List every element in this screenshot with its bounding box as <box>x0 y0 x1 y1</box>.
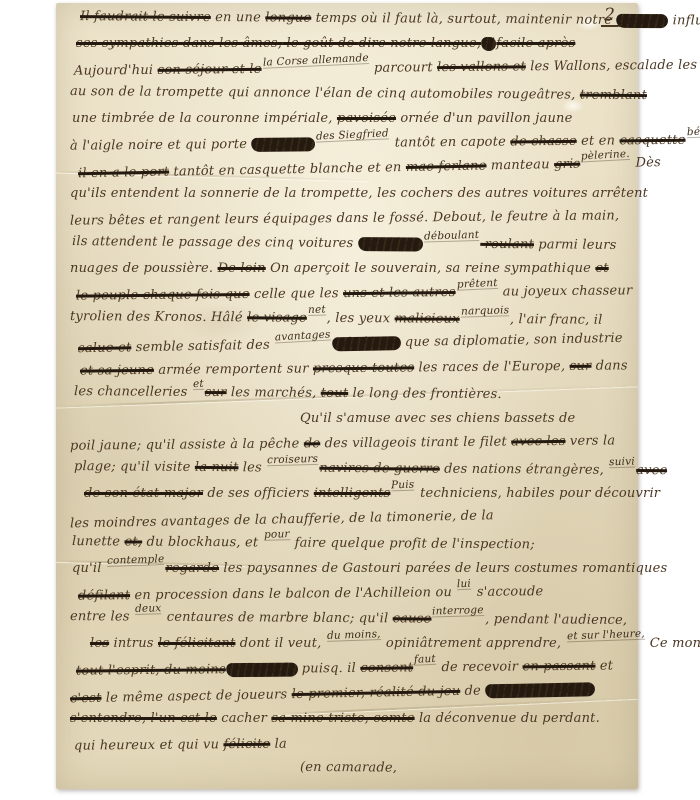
struck-word: le visage <box>247 310 307 325</box>
manuscript-page: 2 Il faudrait le suivre en une longue te… <box>56 3 638 789</box>
struck-word: malicieux <box>395 311 460 326</box>
struck-word: défilant <box>78 588 130 603</box>
struck-word: navires de guerre <box>319 461 440 477</box>
manuscript-word: Qu'il s'amuse avec ses chiens bassets de <box>300 411 575 426</box>
struck-word: dire notre langue, <box>359 36 481 51</box>
struck-word: il en a le port <box>78 165 169 182</box>
manuscript-word: des nations étrangères, <box>440 462 609 478</box>
inserted-word: croiseurs <box>267 454 318 466</box>
inserted-word: la Corse allemande <box>262 53 368 69</box>
manuscript-word: les <box>238 460 266 475</box>
manuscript-word: la déconvenue du perdant. <box>415 711 600 726</box>
manuscript-word: celle que les <box>250 286 344 302</box>
manuscript-word: tantôt en casquette blanche et en <box>169 160 406 180</box>
struck-word: sur <box>570 359 592 374</box>
struck-word: les vallons et <box>437 59 526 75</box>
manuscript-word: cacher <box>217 711 271 726</box>
struck-word: les <box>90 636 109 651</box>
struck-word: c'est <box>70 691 102 707</box>
obliterated-word: bénéfices <box>331 336 401 351</box>
struck-word: le félicitant <box>158 636 235 651</box>
manuscript-word: une timbrée de la couronne impériale, <box>72 111 337 126</box>
manuscript-lines: Il faudrait le suivre en une longue temp… <box>70 6 628 781</box>
inserted-word: lui <box>457 579 472 591</box>
manuscript-word: vers la <box>565 433 615 448</box>
manuscript-word: des villageois tirant le filet <box>320 434 511 451</box>
manuscript-line: une timbrée de la couronne impériale, pa… <box>72 106 628 131</box>
manuscript-word: tantôt en capote <box>390 134 510 150</box>
struck-word: la nuit <box>195 460 239 475</box>
obliterated-word: le Kaiser <box>251 137 317 152</box>
manuscript-word: ornée d'un pavillon jaune <box>396 111 572 126</box>
manuscript-word: les marchés, <box>227 385 321 401</box>
inserted-word: net <box>308 305 326 316</box>
struck-word: et <box>595 261 608 276</box>
struck-word: De loin <box>218 261 266 276</box>
manuscript-line: Il faudrait le suivre en une longue temp… <box>80 4 628 33</box>
manuscript-line: (en camarade, <box>300 755 628 782</box>
manuscript-word: tyrolien des Kronos. Hâlé <box>70 309 247 325</box>
manuscript-word: la <box>270 737 287 752</box>
inserted-word: du moins, <box>327 629 381 642</box>
manuscript-word: et en <box>577 133 620 148</box>
manuscript-word: qu'ils entendent la sonnerie de la tromp… <box>70 186 648 201</box>
struck-word: de <box>304 436 321 451</box>
struck-word: intelligents <box>314 486 391 501</box>
inserted-word: pèlerine. <box>581 149 631 163</box>
struck-word: pavoisée <box>337 111 396 126</box>
manuscript-word: en procession dans le balcon de l'Achill… <box>130 585 456 603</box>
manuscript-word: les chancelleries <box>74 384 192 400</box>
manuscript-word: en une <box>211 10 266 25</box>
manuscript-word: puisq. il <box>297 661 360 677</box>
inserted-word: suivi <box>609 457 635 469</box>
manuscript-word: les paysannes de Gastouri parées de leur… <box>219 561 667 576</box>
inserted-word: interroge <box>432 605 484 617</box>
struck-word: félicite <box>223 737 270 752</box>
manuscript-word: armée remportent sur <box>154 361 313 378</box>
obliterated-word: qui filent <box>357 237 424 251</box>
struck-word: le peuple chaque fois que <box>76 287 250 304</box>
manuscript-line: Qu'il s'amuse avec ses chiens bassets de <box>300 406 628 431</box>
manuscript-line: les chancelleries etsur les marchés, tou… <box>74 379 628 408</box>
struck-word: uns et les autres <box>343 285 456 301</box>
struck-word: casquette <box>619 133 685 149</box>
manuscript-word: ils attendent le passage des cinq voitur… <box>72 234 358 251</box>
manuscript-word: techniciens, habiles pour découvrir <box>416 486 660 501</box>
manuscript-word: lunette <box>72 534 125 549</box>
obliterated-word: si <box>480 37 497 51</box>
struck-word: avec <box>636 463 667 478</box>
inserted-word: Puis <box>391 480 415 492</box>
struck-word: de son état-major <box>84 486 203 501</box>
inserted-word: faut <box>414 654 436 666</box>
manuscript-word: leurs bêtes et rangent leurs équipages d… <box>70 208 619 228</box>
manuscript-word: Aujourd'hui <box>74 63 158 79</box>
manuscript-word: qu'il <box>72 561 106 576</box>
inserted-word: contemple <box>107 554 165 567</box>
manuscript-line: les intrus le félicitant dont il veut, d… <box>90 631 628 656</box>
inserted-word: avantages <box>275 329 331 343</box>
manuscript-word: (en camarade, <box>300 760 397 776</box>
inserted-word: déboulant <box>424 230 479 243</box>
struck-word: salue et <box>78 340 132 356</box>
struck-word: cause <box>393 611 432 626</box>
manuscript-word: parcourt <box>370 60 438 76</box>
inserted-word: béret <box>686 126 700 138</box>
struck-word: roulant <box>480 237 534 252</box>
struck-word: facile après <box>496 36 575 51</box>
manuscript-word: Dès <box>631 155 661 171</box>
manuscript-word: semble satisfait des <box>131 338 274 356</box>
struck-word: tout l'esprit, du moins <box>76 662 226 678</box>
struck-word: ses sympathies dans les âmes, <box>76 36 282 51</box>
manuscript-word: et <box>595 658 613 673</box>
inserted-word: narquois <box>461 305 509 317</box>
manuscript-word: dans <box>591 358 627 373</box>
struck-word: en passant <box>522 659 595 675</box>
struck-word: Il faudrait le suivre <box>80 9 211 25</box>
manuscript-word: le même aspect de joueurs <box>101 687 291 706</box>
manuscript-word: au joyeux chasseur <box>498 283 632 299</box>
manuscript-word: au son de la trompette qui annonce l'éla… <box>70 84 580 103</box>
manuscript-word: influence. <box>668 13 700 28</box>
manuscript-line: au son de la trompette qui annonce l'éla… <box>70 79 628 108</box>
obliterated-word: l'ennemi joueur <box>485 682 597 698</box>
struck-word: consent <box>360 660 413 676</box>
manuscript-line: ils attendent le passage des cinq voitur… <box>72 229 628 258</box>
manuscript-word: , pendant l'audience, <box>485 612 627 628</box>
struck-word: sur <box>205 385 227 400</box>
manuscript-line: nuages de poussière. De loin On aperçoit… <box>70 256 628 281</box>
manuscript-word: nuages de poussière. <box>70 261 218 276</box>
manuscript-line: plage; qu'il visite la nuit les croiseur… <box>74 454 628 483</box>
manuscript-word: faire quelque profit de l'inspection; <box>290 536 535 553</box>
struck-word: de chasse <box>510 134 577 150</box>
manuscript-word: centaures de marbre blanc; qu'il <box>162 610 392 627</box>
manuscript-word: que sa diplomatie, son industrie <box>400 331 622 350</box>
manuscript-word: dont il veut, <box>235 636 325 651</box>
struck-word: sa mine triste, comte <box>271 711 414 726</box>
manuscript-word: les races de l'Europe, <box>414 359 570 375</box>
struck-word: tout <box>321 386 349 401</box>
manuscript-word: le long des frontières. <box>348 386 502 402</box>
manuscript-word: , les yeux <box>327 311 395 326</box>
struck-word: son séjour et le <box>157 62 261 78</box>
manuscript-word: temps où il faut là, surtout, maintenir … <box>311 11 616 28</box>
inserted-word: prêtent <box>456 278 497 291</box>
manuscript-word: plage; qu'il visite <box>74 459 195 475</box>
manuscript-word: poil jaune; qu'il assiste à la pêche <box>70 436 304 453</box>
manuscript-word: entre les <box>70 609 134 624</box>
manuscript-word: à l'aigle noire et qui porte <box>70 137 252 154</box>
struck-word: avec les <box>511 434 565 450</box>
struck-word: tremblant <box>580 88 647 103</box>
struck-word: longue <box>265 10 311 25</box>
manuscript-word: s'accoude <box>472 584 543 600</box>
manuscript-word: Ce monsieur: <box>645 636 700 651</box>
struck-word: le premier, réalité du jeu <box>292 684 461 702</box>
struck-word: et sa jeune <box>80 363 154 379</box>
struck-word: presque toutes <box>313 360 414 376</box>
struck-word: et, <box>124 534 142 549</box>
obliterated-word: grande <box>615 14 669 28</box>
struck-word: gris <box>554 157 580 172</box>
manuscript-word: du blockhaus, et <box>142 535 263 551</box>
manuscript-word: de recevoir <box>437 659 523 675</box>
inserted-word: et <box>193 379 204 390</box>
manuscript-word: opiniâtrement apprendre, <box>382 636 566 651</box>
manuscript-line: qu'il contempleregarde les paysannes de … <box>72 556 628 581</box>
manuscript-word: On aperçoit le souverain, sa reine sympa… <box>266 261 596 276</box>
struck-word: le goût de <box>282 36 359 51</box>
inserted-word: et sur l'heure, <box>566 629 644 643</box>
struck-word: mac-ferlane <box>406 158 487 175</box>
manuscript-word: de <box>460 683 485 698</box>
struck-word: s'entendre, l'un est le <box>70 711 217 726</box>
manuscript-word: manteau <box>486 157 554 173</box>
obliterated-word: le miracle <box>225 663 298 678</box>
manuscript-word: de ses officiers <box>203 486 314 501</box>
inserted-word: des Siegfried <box>316 128 389 142</box>
inserted-word: pour <box>264 529 290 541</box>
manuscript-word: les Wallons, escalade les collines, <box>526 57 700 74</box>
struck-word: regarde <box>165 561 219 576</box>
manuscript-word: intrus <box>109 636 158 651</box>
inserted-word: deux <box>135 603 162 615</box>
manuscript-word: parmi leurs <box>534 237 617 253</box>
manuscript-line: qui heureux et qui vu félicite la <box>74 728 628 758</box>
manuscript-word: , l'air franc, il <box>510 312 603 328</box>
manuscript-word: qui heureux et qui vu <box>74 737 224 753</box>
